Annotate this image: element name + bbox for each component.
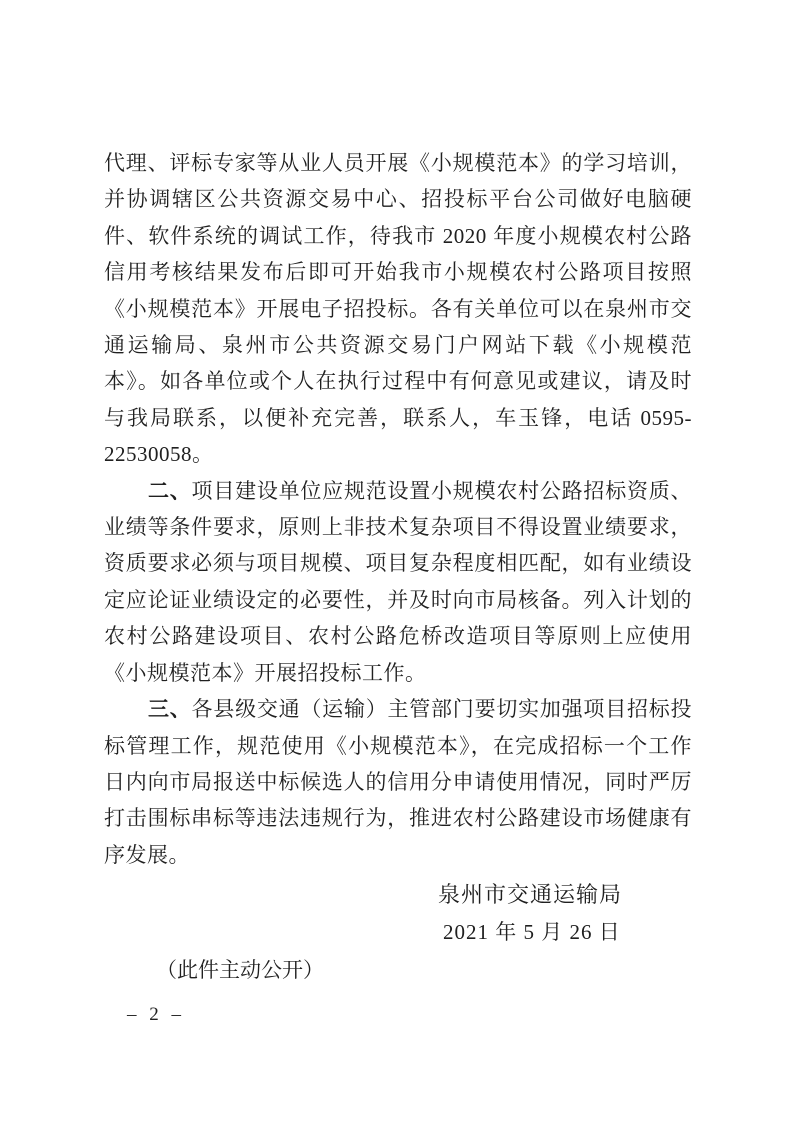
paragraph-three-text: 各县级交通（运输）主管部门要切实加强项目招标投标管理工作，规范使用《小规模范本》…: [104, 697, 692, 867]
paragraph-item-three: 三、各县级交通（运输）主管部门要切实加强项目招标投标管理工作，规范使用《小规模范…: [104, 691, 692, 873]
disclosure-note: （此件主动公开）: [156, 954, 324, 984]
signature-agency: 泉州市交通运输局: [438, 878, 622, 909]
paragraph-two-text: 项目建设单位应规范设置小规模农村公路招标资质、业绩等条件要求，原则上非技术复杂项…: [104, 479, 692, 685]
page-number: – 2 –: [127, 1004, 185, 1026]
document-page: 代理、评标专家等从业人员开展《小规模范本》的学习培训，并协调辖区公共资源交易中心…: [0, 0, 793, 1122]
document-body: 代理、评标专家等从业人员开展《小规模范本》的学习培训，并协调辖区公共资源交易中心…: [104, 145, 692, 873]
paragraph-two-ordinal: 二、: [148, 479, 192, 503]
signature-date: 2021 年 5 月 26 日: [443, 916, 621, 946]
paragraph-three-ordinal: 三、: [148, 697, 192, 721]
paragraph-item-two: 二、项目建设单位应规范设置小规模农村公路招标资质、业绩等条件要求，原则上非技术复…: [104, 473, 692, 691]
paragraph-continuation: 代理、评标专家等从业人员开展《小规模范本》的学习培训，并协调辖区公共资源交易中心…: [104, 145, 692, 473]
